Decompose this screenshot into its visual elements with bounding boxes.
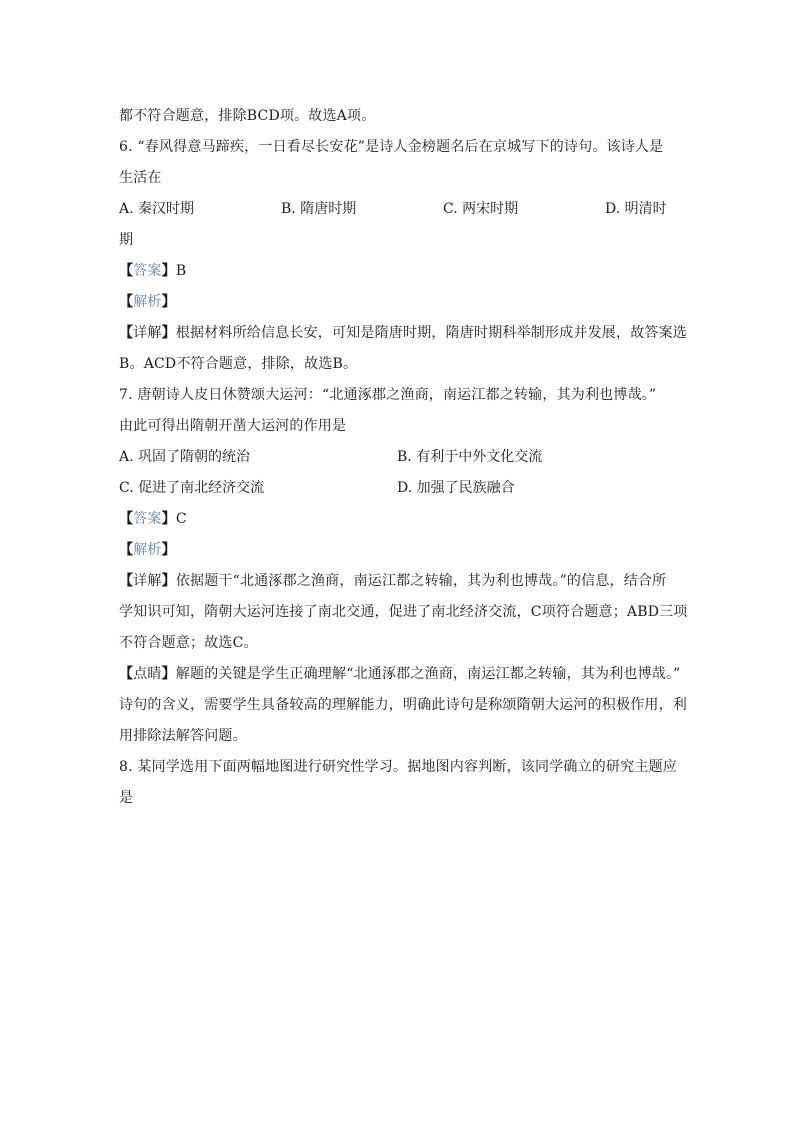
bracket-open: 【: [119, 263, 133, 279]
bracket-close: 】: [162, 542, 176, 558]
q6-detail-line2: B。ACD不符合题意，排除，故选B。: [119, 349, 675, 380]
document-page: 都不符合题意，排除BCD项。故选A项。 6. “春风得意马蹄疾，一日看尽长安花”…: [119, 101, 675, 814]
question-6: 6. “春风得意马蹄疾，一日看尽长安花”是诗人金榜题名后在京城写下的诗句。该诗人…: [119, 132, 675, 380]
q7-option-c: C. 促进了南北经济交流: [119, 473, 397, 504]
answer-value: B: [176, 263, 187, 279]
detail-text: 根据材料所给信息长安，可知是隋唐时期，隋唐时期科举制形成并发展，故答案选: [176, 325, 687, 341]
bracket-open: 【: [119, 294, 133, 310]
q7-option-d: D. 加强了民族融合: [397, 473, 675, 504]
bracket-open: 【: [119, 573, 133, 589]
q6-stem-line1: 6. “春风得意马蹄疾，一日看尽长安花”是诗人金榜题名后在京城写下的诗句。该诗人…: [119, 132, 675, 163]
previous-answer-tail: 都不符合题意，排除BCD项。故选A项。: [119, 101, 675, 132]
q6-option-c: C. 两宋时期: [443, 194, 605, 225]
answer-tag: 答案: [133, 511, 161, 527]
detail-tag: 详解: [133, 325, 161, 341]
q7-tip-line1: 【点睛】解题的关键是学生正确理解“北通涿郡之渔商，南运江都之转输，其为利也博哉。…: [119, 659, 675, 690]
detail-tag: 详解: [133, 573, 161, 589]
q7-tip-line3: 用排除法解答问题。: [119, 721, 675, 752]
q7-detail-line3: 不符合题意；故选C。: [119, 628, 675, 659]
question-7: 7. 唐朝诗人皮日休赞颂大运河：“北通涿郡之渔商，南运江都之转输，其为利也博哉。…: [119, 380, 675, 752]
q8-stem-line1: 8. 某同学选用下面两幅地图进行研究性学习。据地图内容判断，该同学确立的研究主题…: [119, 752, 675, 783]
bracket-open: 【: [119, 325, 133, 341]
q8-stem-line2: 是: [119, 783, 675, 814]
q7-stem-line2: 由此可得出隋朝开凿大运河的作用是: [119, 411, 675, 442]
q6-option-d: D. 明清时: [605, 194, 675, 225]
bracket-close: 】: [162, 573, 176, 589]
q6-stem-line2: 生活在: [119, 163, 675, 194]
bracket-close: 】: [162, 511, 176, 527]
q6-answer: 【答案】B: [119, 256, 675, 287]
analysis-tag: 解析: [133, 294, 161, 310]
bracket-open: 【: [119, 666, 133, 682]
bracket-open: 【: [119, 542, 133, 558]
detail-text: 依据题干“北通涿郡之渔商，南运江都之转输，其为利也博哉。”的信息，结合所: [176, 573, 667, 589]
q7-options-row2: C. 促进了南北经济交流 D. 加强了民族融合: [119, 473, 675, 504]
q6-analysis-heading: 【解析】: [119, 287, 675, 318]
analysis-tag: 解析: [133, 542, 161, 558]
q7-detail-line1: 【详解】依据题干“北通涿郡之渔商，南运江都之转输，其为利也博哉。”的信息，结合所: [119, 566, 675, 597]
bracket-close: 】: [162, 325, 176, 341]
q7-stem-line1: 7. 唐朝诗人皮日休赞颂大运河：“北通涿郡之渔商，南运江都之转输，其为利也博哉。…: [119, 380, 675, 411]
q6-option-a: A. 秦汉时期: [119, 194, 281, 225]
tip-text: 解题的关键是学生正确理解“北通涿郡之渔商，南运江都之转输，其为利也博哉。”: [176, 666, 681, 682]
q6-options: A. 秦汉时期 B. 隋唐时期 C. 两宋时期 D. 明清时: [119, 194, 675, 225]
question-8: 8. 某同学选用下面两幅地图进行研究性学习。据地图内容判断，该同学确立的研究主题…: [119, 752, 675, 814]
answer-tag: 答案: [133, 263, 161, 279]
q7-option-a: A. 巩固了隋朝的统治: [119, 442, 397, 473]
q7-answer: 【答案】C: [119, 504, 675, 535]
q6-option-wrap: 期: [119, 225, 675, 256]
q7-options-row1: A. 巩固了隋朝的统治 B. 有利于中外文化交流: [119, 442, 675, 473]
bracket-close: 】: [162, 294, 176, 310]
bracket-close: 】: [162, 263, 176, 279]
q7-tip-line2: 诗句的含义，需要学生具备较高的理解能力，明确此诗句是称颂隋朝大运河的积极作用，利: [119, 690, 675, 721]
bracket-open: 【: [119, 511, 133, 527]
q7-detail-line2: 学知识可知，隋朝大运河连接了南北交通，促进了南北经济交流，C项符合题意；ABD三…: [119, 597, 675, 628]
q6-option-b: B. 隋唐时期: [281, 194, 443, 225]
tip-tag: 点睛: [133, 666, 161, 682]
q6-detail-line1: 【详解】根据材料所给信息长安，可知是隋唐时期，隋唐时期科举制形成并发展，故答案选: [119, 318, 675, 349]
answer-value: C: [176, 511, 187, 527]
bracket-close: 】: [162, 666, 176, 682]
q7-option-b: B. 有利于中外文化交流: [397, 442, 675, 473]
q7-analysis-heading: 【解析】: [119, 535, 675, 566]
